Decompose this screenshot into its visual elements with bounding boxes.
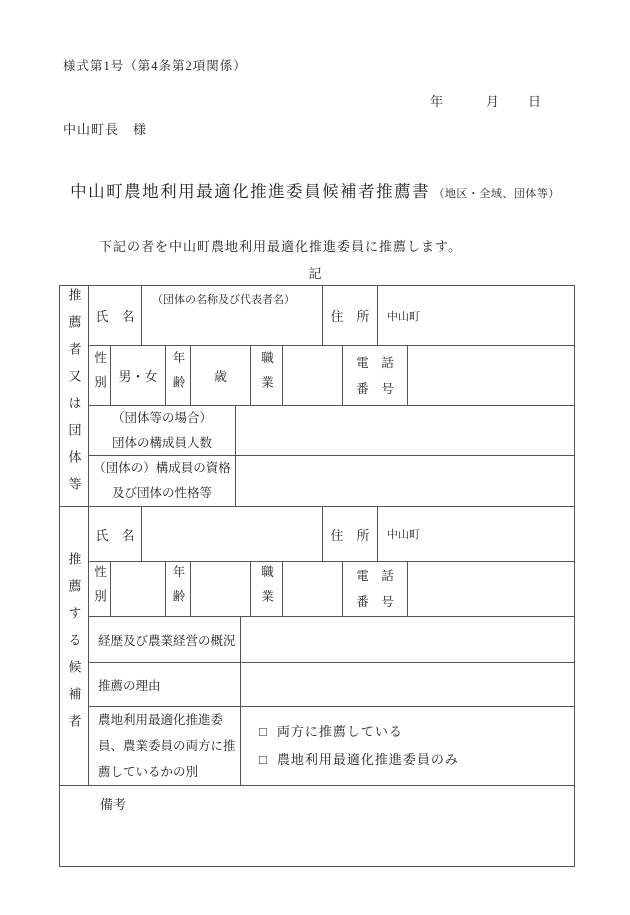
candidate-job-input[interactable] bbox=[283, 562, 343, 616]
job-input[interactable] bbox=[283, 346, 343, 405]
table-row: 氏 名 住 所 中山町 bbox=[89, 507, 574, 562]
career-input[interactable] bbox=[241, 617, 574, 662]
checkbox-only[interactable]: □ 農地利用最適化推進委員のみ bbox=[259, 746, 459, 774]
table-row: 氏 名 （団体の名称及び代表者名） 住 所 中山町 bbox=[89, 286, 574, 346]
table-row: （団体等の場合） 団体の構成員人数 bbox=[89, 406, 574, 456]
side-label-candidate: 推薦する候補者 bbox=[60, 507, 89, 785]
recommendation-table: 推薦者又は団体等 氏 名 （団体の名称及び代表者名） 住 所 中山町 性別 男・… bbox=[59, 285, 575, 867]
sex-label: 性別 bbox=[89, 346, 111, 405]
remarks-area[interactable]: 備考 bbox=[60, 786, 574, 866]
candidate-address-value[interactable]: 中山町 bbox=[378, 507, 574, 561]
table-row: 性別 男・女 年齢 歳 職業 電 話 番 号 bbox=[89, 346, 574, 406]
name-label: 氏 名 bbox=[89, 286, 142, 345]
career-label: 経歴及び農業経営の概況 bbox=[89, 617, 241, 662]
reason-label: 推薦の理由 bbox=[89, 663, 241, 706]
candidate-name-input[interactable] bbox=[142, 507, 323, 561]
page-title: 中山町農地利用最適化推進委員候補者推薦書 bbox=[70, 182, 430, 201]
dual-recommendation-options: □ 両方に推薦している □ 農地利用最適化推進委員のみ bbox=[241, 707, 574, 785]
name-note: （団体の名称及び代表者名） bbox=[142, 286, 323, 345]
candidate-address-label: 住 所 bbox=[323, 507, 378, 561]
recommender-section: 推薦者又は団体等 氏 名 （団体の名称及び代表者名） 住 所 中山町 性別 男・… bbox=[60, 286, 574, 507]
candidate-sex-input[interactable] bbox=[111, 562, 166, 616]
qualification-label: （団体の）構成員の資格 及び団体の性格等 bbox=[89, 456, 236, 506]
candidate-phone-label: 電 話 番 号 bbox=[343, 562, 408, 616]
candidate-section: 推薦する候補者 氏 名 住 所 中山町 性別 年齢 職業 電 話 番 号 bbox=[60, 507, 574, 786]
candidate-age-label: 年齢 bbox=[166, 562, 191, 616]
candidate-phone-input[interactable] bbox=[408, 562, 574, 616]
age-input[interactable]: 歳 bbox=[191, 346, 251, 405]
table-row: 推薦の理由 bbox=[89, 663, 574, 707]
candidate-name-label: 氏 名 bbox=[89, 507, 142, 561]
checkbox-both[interactable]: □ 両方に推薦している bbox=[259, 718, 403, 746]
members-label: （団体等の場合） 団体の構成員人数 bbox=[89, 406, 236, 455]
remarks-label: 備考 bbox=[100, 797, 126, 812]
members-input[interactable] bbox=[236, 406, 574, 455]
table-row: 性別 年齢 職業 電 話 番 号 bbox=[89, 562, 574, 617]
title-note: （地区・全域、団体等） bbox=[433, 188, 560, 200]
sex-options[interactable]: 男・女 bbox=[111, 346, 166, 405]
form-number: 様式第1号（第4条第2項関係） bbox=[63, 56, 630, 74]
candidate-job-label: 職業 bbox=[251, 562, 283, 616]
table-row: 経歴及び農業経営の概況 bbox=[89, 617, 574, 663]
candidate-age-input[interactable] bbox=[191, 562, 251, 616]
checkbox-only-label: 農地利用最適化推進委員のみ bbox=[277, 746, 459, 774]
candidate-sex-label: 性別 bbox=[89, 562, 111, 616]
age-label: 年齢 bbox=[166, 346, 191, 405]
addressee: 中山町長 様 bbox=[63, 119, 630, 138]
address-label: 住 所 bbox=[323, 286, 378, 345]
intro-text: 下記の者を中山町農地利用最適化推進委員に推薦します。 bbox=[99, 236, 630, 255]
table-row: 農地利用最適化推進委 員、農業委員の両方に推 薦しているかの別 □ 両方に推薦し… bbox=[89, 707, 574, 785]
qualification-input[interactable] bbox=[236, 456, 574, 506]
date-line: 年 月 日 bbox=[0, 91, 630, 110]
reason-input[interactable] bbox=[241, 663, 574, 706]
table-row: （団体の）構成員の資格 及び団体の性格等 bbox=[89, 456, 574, 506]
record-heading: 記 bbox=[0, 263, 630, 282]
checkbox-icon[interactable]: □ bbox=[259, 718, 268, 746]
title-line: 中山町農地利用最適化推進委員候補者推薦書 （地区・全域、団体等） bbox=[0, 178, 630, 202]
phone-input[interactable] bbox=[408, 346, 574, 405]
remarks-section: 備考 bbox=[60, 786, 574, 866]
dual-recommendation-label: 農地利用最適化推進委 員、農業委員の両方に推 薦しているかの別 bbox=[89, 707, 241, 785]
checkbox-icon[interactable]: □ bbox=[259, 746, 268, 774]
phone-label: 電 話 番 号 bbox=[343, 346, 408, 405]
side-label-recommender: 推薦者又は団体等 bbox=[60, 286, 89, 506]
checkbox-both-label: 両方に推薦している bbox=[277, 718, 403, 746]
job-label: 職業 bbox=[251, 346, 283, 405]
address-value[interactable]: 中山町 bbox=[378, 286, 574, 345]
